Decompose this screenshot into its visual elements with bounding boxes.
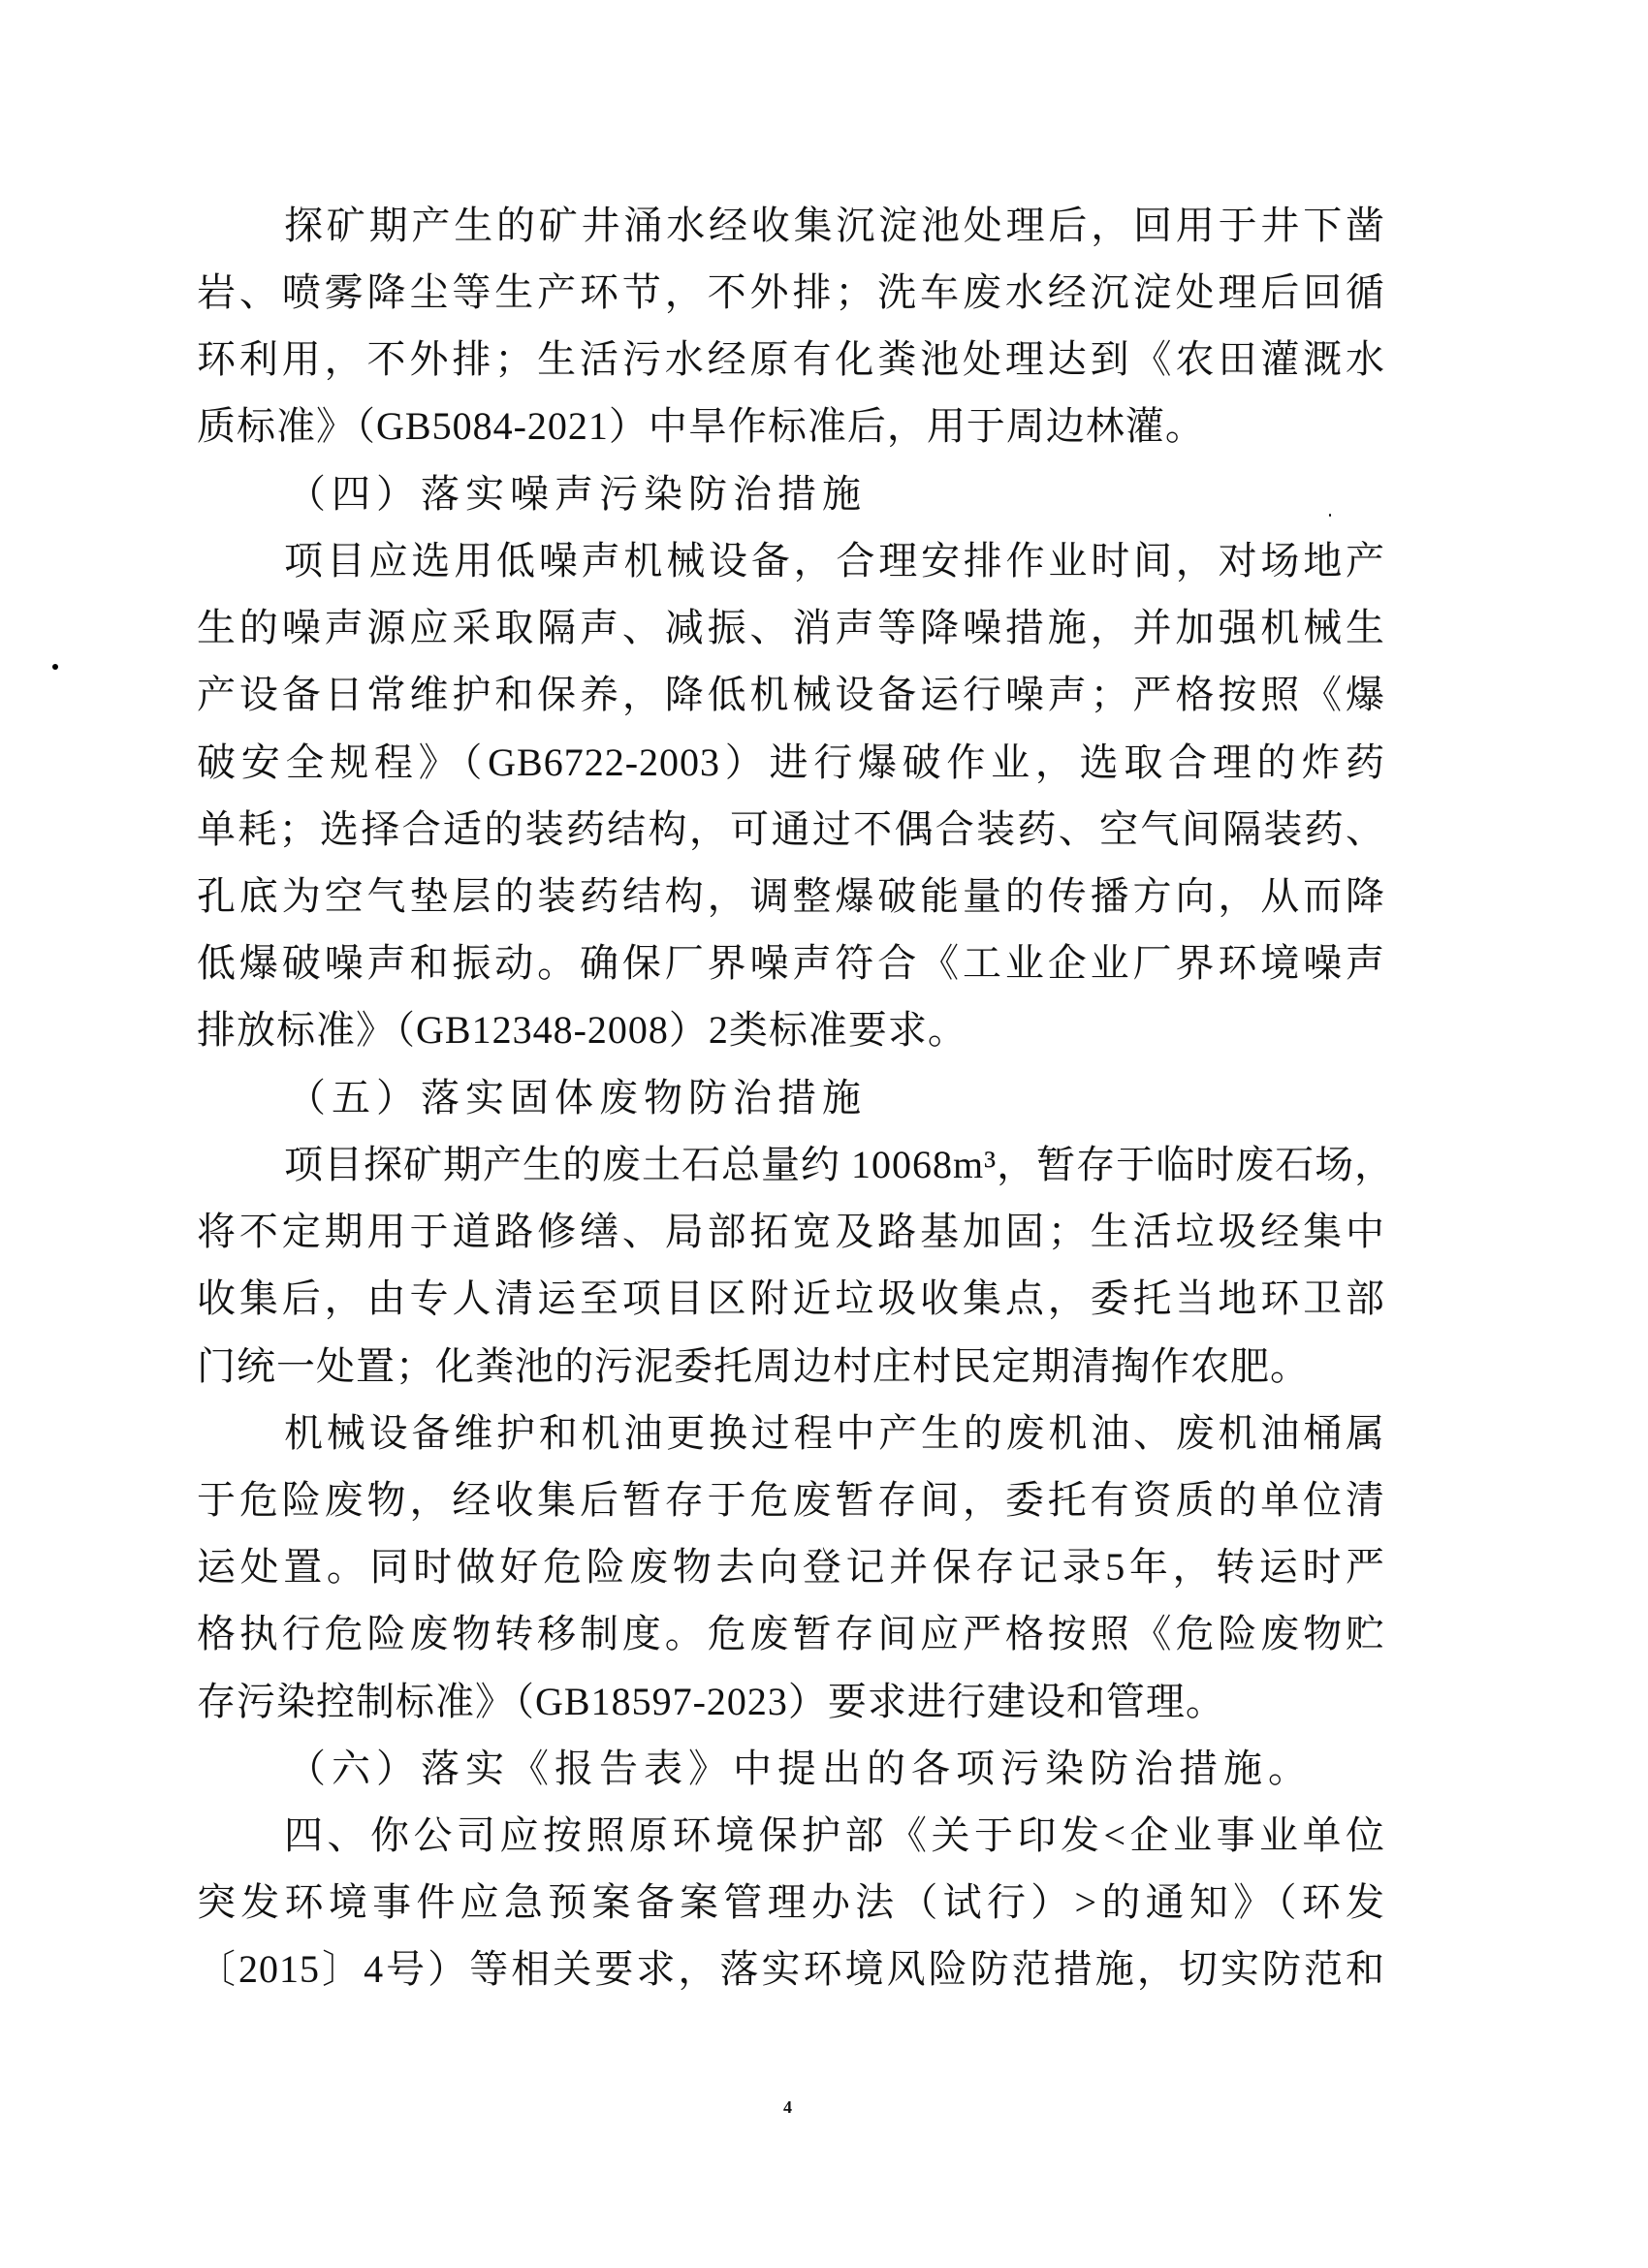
paragraph-line: 排放标准》（GB12348-2008）2类标准要求。	[197, 1005, 1385, 1055]
paragraph-line: 存污染控制标准》（GB18597-2023）要求进行建设和管理。	[197, 1677, 1385, 1727]
scan-speck	[1329, 514, 1331, 517]
paragraph-line: 〔2015〕4号）等相关要求，落实环境风险防范措施，切实防范和	[197, 1944, 1385, 1995]
section-heading: （四）落实噪声污染防治措施	[287, 469, 867, 520]
paragraph-line: 低爆破噪声和振动。确保厂界噪声符合《工业企业厂界环境噪声	[197, 938, 1385, 989]
paragraph-line: 质标准》（GB5084-2021）中旱作标准后，用于周边林灌。	[197, 401, 1385, 452]
paragraph-line: 收集后，由专人清运至项目区附近垃圾收集点，委托当地环卫部	[197, 1274, 1385, 1324]
paragraph-line: 门统一处置；化粪池的污泥委托周边村庄村民定期清掏作农肥。	[197, 1341, 1385, 1392]
paragraph-line: 环利用，不外排；生活污水经原有化粪池处理达到《农田灌溉水	[197, 334, 1385, 385]
page-number: 4	[783, 2097, 792, 2118]
paragraph-line: 于危险废物，经收集后暂存于危废暂存间，委托有资质的单位清	[197, 1475, 1385, 1526]
section-heading: （五）落实固体废物防治措施	[287, 1073, 867, 1123]
paragraph-line: 单耗；选择合适的装药结构，可通过不偶合装药、空气间隔装药、	[197, 804, 1385, 855]
paragraph-line: 孔底为空气垫层的装药结构，调整爆破能量的传播方向，从而降	[197, 871, 1385, 922]
paragraph-line: 项目应选用低噪声机械设备，合理安排作业时间，对场地产	[284, 536, 1385, 586]
scan-speck	[52, 664, 58, 670]
paragraph-line: 探矿期产生的矿井涌水经收集沉淀池处理后，回用于井下凿	[284, 201, 1385, 251]
paragraph-line: 运处置。同时做好危险废物去向登记并保存记录5年，转运时严	[197, 1542, 1385, 1592]
paragraph-line: 格执行危险废物转移制度。危废暂存间应严格按照《危险废物贮	[197, 1609, 1385, 1659]
paragraph-line: 破安全规程》（GB6722-2003）进行爆破作业，选取合理的炸药	[197, 738, 1385, 788]
paragraph-line: 项目探矿期产生的废土石总量约 10068m³，暂存于临时废石场，	[284, 1140, 1385, 1190]
paragraph-line: 岩、喷雾降尘等生产环节，不外排；洗车废水经沉淀处理后回循	[197, 268, 1385, 318]
paragraph-line: 产设备日常维护和保养，降低机械设备运行噪声；严格按照《爆	[197, 670, 1385, 720]
document-page: 探矿期产生的矿井涌水经收集沉淀池处理后，回用于井下凿 岩、喷雾降尘等生产环节，不…	[0, 0, 1648, 2268]
paragraph-line: 四、你公司应按照原环境保护部《关于印发<企业事业单位	[284, 1811, 1385, 1861]
paragraph-line: 生的噪声源应采取隔声、减振、消声等降噪措施，并加强机械生	[197, 603, 1385, 653]
paragraph-line: 机械设备维护和机油更换过程中产生的废机油、废机油桶属	[284, 1408, 1385, 1459]
paragraph-line: 将不定期用于道路修缮、局部拓宽及路基加固；生活垃圾经集中	[197, 1207, 1385, 1257]
section-heading: （六）落实《报告表》中提出的各项污染防治措施。	[287, 1744, 1313, 1794]
paragraph-line: 突发环境事件应急预案备案管理办法（试行）>的通知》（环发	[197, 1877, 1385, 1928]
